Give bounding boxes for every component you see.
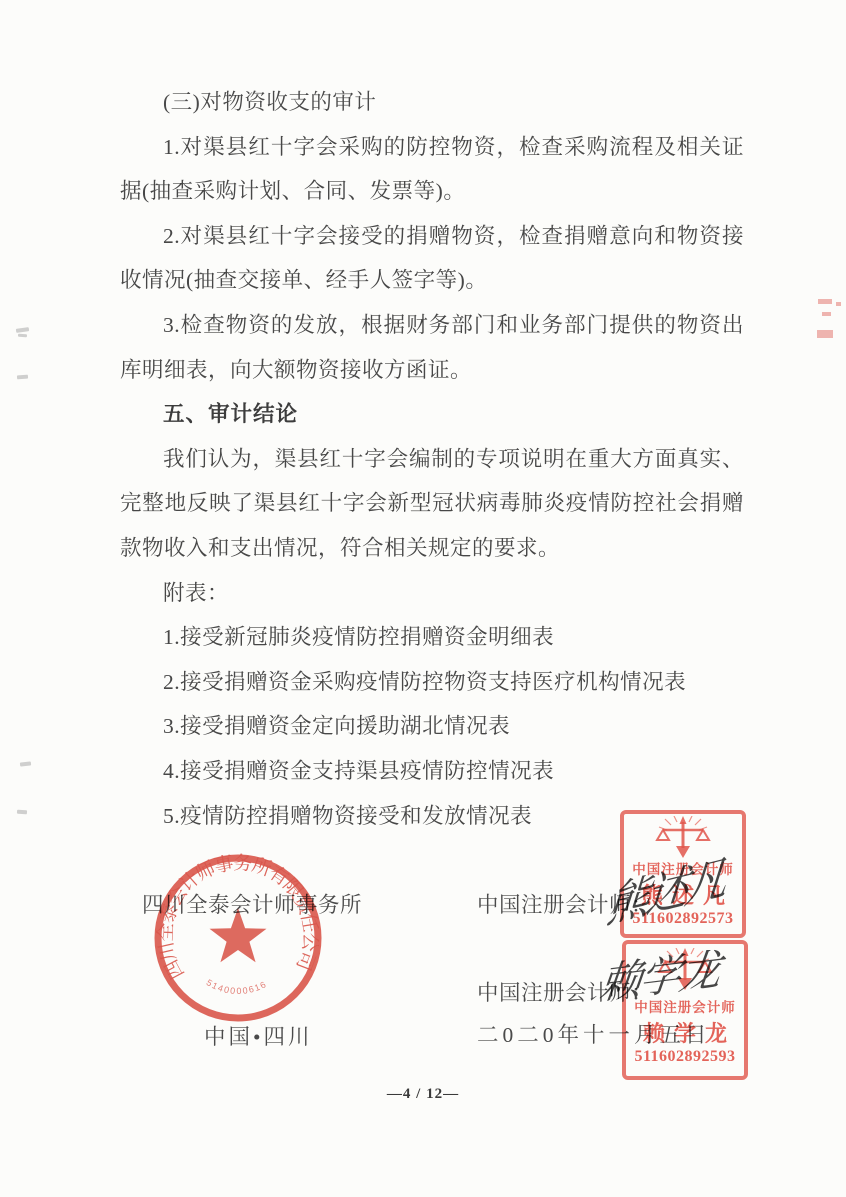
appendix-item-4: 4.接受捐赠资金支持渠县疫情防控情况表 <box>120 749 744 794</box>
conclusion-paragraph: 我们认为，渠县红十字会编制的专项说明在重大方面真实、完整地反映了渠县红十字会新型… <box>120 437 744 571</box>
document-page: (三)对物资收支的审计 1.对渠县红十字会采购的防控物资，检查采购流程及相关证据… <box>0 0 846 1197</box>
paragraph-materials-1: 1.对渠县红十字会采购的防控物资，检查采购流程及相关证据(抽查采购计划、合同、发… <box>120 125 744 214</box>
appendix-item-3: 3.接受捐赠资金定向援助湖北情况表 <box>120 704 744 749</box>
cpa-seal-1-number: 511602892573 <box>632 910 733 928</box>
pencil-mark <box>17 375 28 380</box>
cpa-seal-2-number: 511602892593 <box>634 1048 735 1066</box>
red-ink-smudge <box>836 302 841 306</box>
round-seal-serial: 5140000616 <box>205 977 268 996</box>
page-number: —4 / 12— <box>0 1086 846 1103</box>
cpa-seal-2-title: 中国注册会计师 <box>634 996 736 1016</box>
red-ink-smudge <box>818 299 832 304</box>
pencil-mark <box>16 327 29 333</box>
cpa-seal-1: 中国注册会计师 熊述凡 511602892573 <box>620 810 746 938</box>
red-ink-smudge <box>817 330 833 338</box>
firm-round-seal: 四川全泰会计师事务所有限责任公司 5140000616 <box>150 850 326 1026</box>
pencil-mark <box>18 334 27 338</box>
appendix-item-1: 1.接受新冠肺炎疫情防控捐赠资金明细表 <box>120 615 744 660</box>
document-body: (三)对物资收支的审计 1.对渠县红十字会采购的防控物资，检查采购流程及相关证据… <box>120 80 744 838</box>
cpa-seal-1-title: 中国注册会计师 <box>632 858 734 878</box>
appendix-list: 1.接受新冠肺炎疫情防控捐赠资金明细表 2.接受捐赠资金采购疫情防控物资支持医疗… <box>120 615 744 838</box>
pencil-mark <box>17 810 27 815</box>
svg-text:5140000616: 5140000616 <box>205 977 268 996</box>
cpa-seal-1-name: 熊述凡 <box>632 879 734 910</box>
red-ink-smudge <box>822 312 831 316</box>
appendix-label: 附表： <box>120 571 744 616</box>
conclusion-heading: 五、审计结论 <box>120 392 744 437</box>
cpa-seal-2-name: 赖学龙 <box>634 1017 736 1048</box>
pencil-mark <box>20 761 31 766</box>
cpa-seal-2: 中国注册会计师 赖学龙 511602892593 <box>622 940 748 1080</box>
section-heading: (三)对物资收支的审计 <box>120 80 744 125</box>
cpa-scales-emblem-icon <box>650 816 716 860</box>
star-icon <box>210 908 267 962</box>
paragraph-materials-3: 3.检查物资的发放，根据财务部门和业务部门提供的物资出库明细表，向大额物资接收方… <box>120 303 744 392</box>
paragraph-materials-2: 2.对渠县红十字会接受的捐赠物资，检查捐赠意向和物资接收情况(抽查交接单、经手人… <box>120 214 744 303</box>
cpa-scales-emblem-icon <box>652 948 718 992</box>
appendix-item-2: 2.接受捐赠资金采购疫情防控物资支持医疗机构情况表 <box>120 660 744 705</box>
